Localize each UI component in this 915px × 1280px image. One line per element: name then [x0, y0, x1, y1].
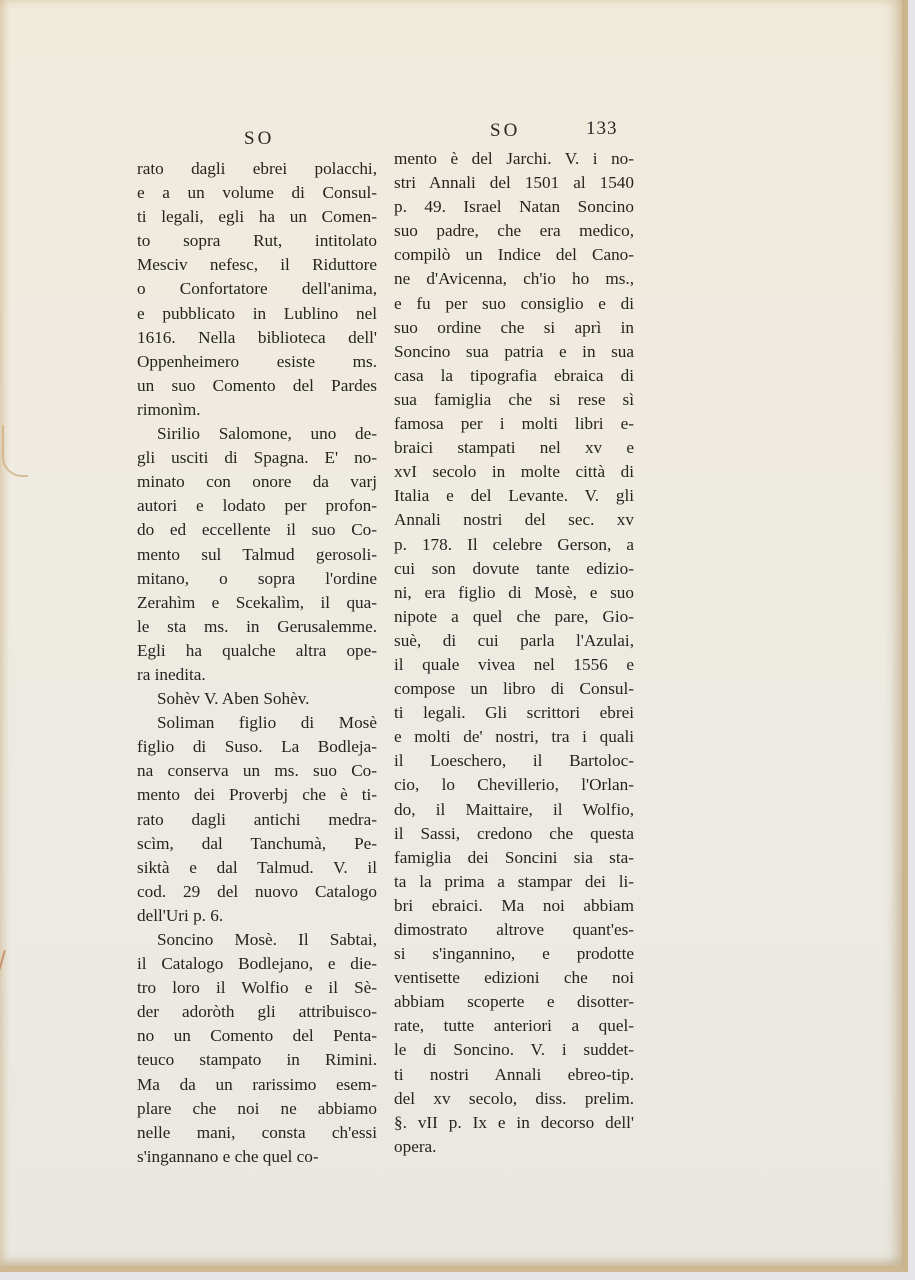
text-line: il Sassi, credono che questa [394, 822, 634, 846]
running-head-left: SO [244, 128, 274, 150]
text-line: e fu per suo consiglio e di [394, 292, 634, 316]
text-line: rate, tutte anteriori a quel- [394, 1014, 634, 1038]
text-line: Ma da un rarissimo esem- [137, 1073, 377, 1097]
text-line: mento dei Proverbj che è ti- [137, 783, 377, 807]
text-line: do ed eccellente il suo Co- [137, 518, 377, 542]
text-line: nelle mani, consta ch'essi [137, 1121, 377, 1145]
text-line: Soncino Mosè. Il Sabtai, [137, 928, 377, 952]
left-text-column: rato dagli ebrei polacchi,e a un volume … [137, 157, 377, 1169]
text-line: Annali nostri del sec. xv [394, 508, 634, 532]
text-line: stri Annali del 1501 al 1540 [394, 171, 634, 195]
text-line: famosa per i molti libri e- [394, 412, 634, 436]
text-line: p. 178. Il celebre Gerson, a [394, 533, 634, 557]
text-line: 1616. Nella biblioteca dell' [137, 326, 377, 350]
text-line: xvI secolo in molte città di [394, 460, 634, 484]
text-line: s'ingannano e che quel co- [137, 1145, 377, 1169]
text-line: Italia e del Levante. V. gli [394, 484, 634, 508]
text-line: scìm, dal Tanchumà, Pe- [137, 832, 377, 856]
page-left-edge-stain [0, 0, 10, 1266]
text-line: na conserva un ms. suo Co- [137, 759, 377, 783]
text-line: compose un libro di Consul- [394, 677, 634, 701]
text-line: e a un volume di Consul- [137, 181, 377, 205]
text-line: do, il Maittaire, il Wolfio, [394, 798, 634, 822]
text-line: p. 49. Israel Natan Soncino [394, 195, 634, 219]
text-line: figlio di Suso. La Bodleja- [137, 735, 377, 759]
text-line: le di Soncino. V. i suddet- [394, 1038, 634, 1062]
text-line: ni, era figlio di Mosè, e suo [394, 581, 634, 605]
text-line: teuco stampato in Rimini. [137, 1048, 377, 1072]
text-line: mitano, o sopra l'ordine [137, 567, 377, 591]
book-page: SO SO 133 rato dagli ebrei polacchi,e a … [0, 0, 908, 1272]
text-line: cio, lo Chevillerio, l'Orlan- [394, 773, 634, 797]
text-line: Zerahìm e Scekalìm, il qua- [137, 591, 377, 615]
text-line: famiglia dei Soncini sia sta- [394, 846, 634, 870]
text-line: cod. 29 del nuovo Catalogo [137, 880, 377, 904]
text-line: ti legali, egli ha un Comen- [137, 205, 377, 229]
text-line: casa la tipografia ebraica di [394, 364, 634, 388]
text-line: e pubblicato in Lublino nel [137, 302, 377, 326]
text-line: un suo Comento del Pardes [137, 374, 377, 398]
text-line: rimonìm. [137, 398, 377, 422]
text-line: Egli ha qualche altra ope- [137, 639, 377, 663]
text-line: sua famiglia che si rese sì [394, 388, 634, 412]
text-line: il Catalogo Bodlejano, e die- [137, 952, 377, 976]
paper-fiber-mark [2, 425, 28, 477]
text-line: ventisette edizioni che noi [394, 966, 634, 990]
text-line: braici stampati nel xv e [394, 436, 634, 460]
text-line: to sopra Rut, intitolato [137, 229, 377, 253]
text-line: del xv secolo, diss. prelim. [394, 1087, 634, 1111]
text-line: Soliman figlio di Mosè [137, 711, 377, 735]
text-line: rato dagli antichi medra- [137, 808, 377, 832]
text-line: tro loro il Wolfio e il Sè- [137, 976, 377, 1000]
text-line: Sohèv V. Aben Sohèv. [137, 687, 377, 711]
text-line: suo ordine che si aprì in [394, 316, 634, 340]
text-line: il Loeschero, il Bartoloc- [394, 749, 634, 773]
text-line: autori e lodato per profon- [137, 494, 377, 518]
text-line: Mesciv nefesc, il Riduttore [137, 253, 377, 277]
text-line: abbiam scoperte e disotter- [394, 990, 634, 1014]
text-line: gli usciti di Spagna. E' no- [137, 446, 377, 470]
right-text-column: mento è del Jarchi. V. i no-stri Annali … [394, 147, 634, 1159]
running-head-right: SO [490, 120, 520, 142]
text-line: Soncino sua patria e in sua [394, 340, 634, 364]
text-line: siktà e dal Talmud. V. il [137, 856, 377, 880]
text-line: il quale vivea nel 1556 e [394, 653, 634, 677]
page-number: 133 [586, 118, 618, 140]
text-line: opera. [394, 1135, 634, 1159]
text-line: e molti de' nostri, tra i quali [394, 725, 634, 749]
text-line: ti legali. Gli scrittori ebrei [394, 701, 634, 725]
text-line: ti nostri Annali ebreo-tip. [394, 1063, 634, 1087]
text-line: suo padre, che era medico, [394, 219, 634, 243]
text-line: o Confortatore dell'anima, [137, 277, 377, 301]
text-line: si s'ingannino, e prodotte [394, 942, 634, 966]
text-line: minato con onore da varj [137, 470, 377, 494]
text-line: dimostrato altrove quant'es- [394, 918, 634, 942]
text-line: rato dagli ebrei polacchi, [137, 157, 377, 181]
text-line: der adoròth gli attribuisco- [137, 1000, 377, 1024]
text-line: plare che noi ne abbiamo [137, 1097, 377, 1121]
text-line: mento è del Jarchi. V. i no- [394, 147, 634, 171]
text-line: nipote a quel che pare, Gio- [394, 605, 634, 629]
text-line: le sta ms. in Gerusalemme. [137, 615, 377, 639]
text-line: mento sul Talmud gerosoli- [137, 543, 377, 567]
text-line: §. vII p. Ix e in decorso dell' [394, 1111, 634, 1135]
text-line: compilò un Indice del Cano- [394, 243, 634, 267]
text-line: bri ebraici. Ma noi abbiam [394, 894, 634, 918]
text-line: Sirilio Salomone, uno de- [137, 422, 377, 446]
text-line: ta la prima a stampar dei li- [394, 870, 634, 894]
text-line: ne d'Avicenna, ch'io ho ms., [394, 267, 634, 291]
text-line: dell'Uri p. 6. [137, 904, 377, 928]
text-line: cui son dovute tante edizio- [394, 557, 634, 581]
text-line: ra inedita. [137, 663, 377, 687]
text-line: no un Comento del Penta- [137, 1024, 377, 1048]
text-line: suè, di cui parla l'Azulai, [394, 629, 634, 653]
text-line: Oppenheimero esiste ms. [137, 350, 377, 374]
